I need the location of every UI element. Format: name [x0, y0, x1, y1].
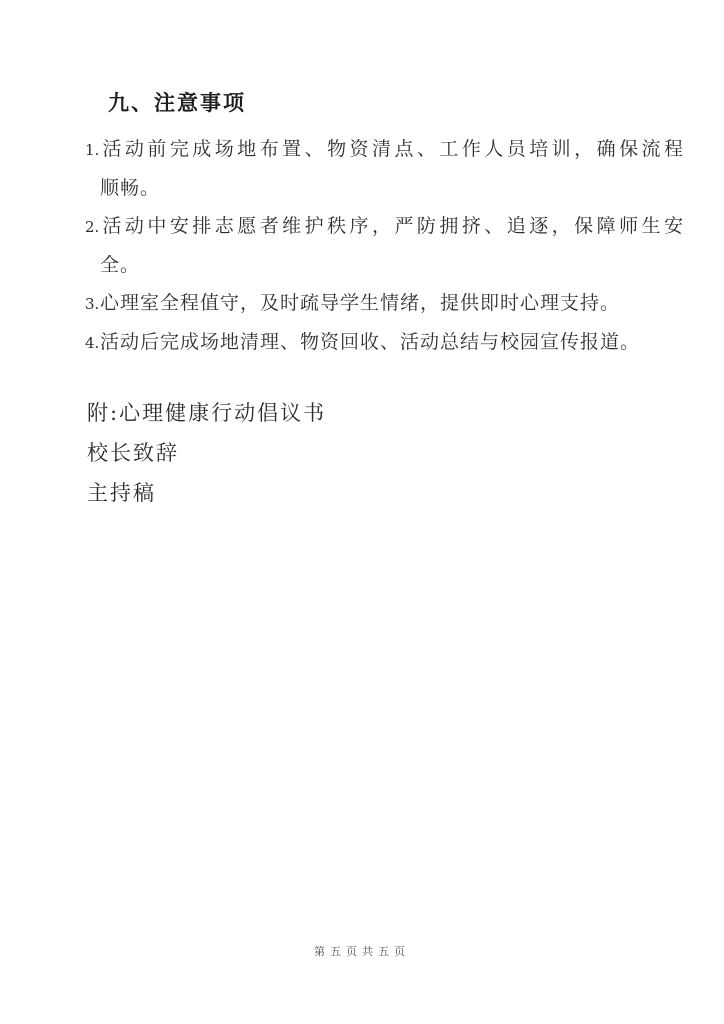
item-text: 心理室全程值守，及时疏导学生情绪，提供即时心理支持。	[100, 292, 620, 314]
attachment-line: 校长致辞	[87, 433, 684, 473]
list-item: 4.活动后完成场地清理、物资回收、活动总结与校园宣传报道。	[85, 323, 684, 362]
document-page: 九、注意事项 1.活动前完成场地布置、物资清点、工作人员培训，确保流程 顺畅。 …	[0, 0, 724, 1024]
list-item: 3.心理室全程值守，及时疏导学生情绪，提供即时心理支持。	[85, 284, 684, 323]
item-number: 3.	[85, 285, 100, 323]
page-number-footer: 第五页共五页	[0, 945, 724, 959]
item-line: 3.心理室全程值守，及时疏导学生情绪，提供即时心理支持。	[85, 284, 684, 323]
attachment-block: 附:心理健康行动倡议书 校长致辞 主持稿	[87, 393, 684, 513]
attachment-line: 附:心理健康行动倡议书	[87, 393, 684, 433]
item-line-continuation: 全。	[85, 246, 684, 284]
section-heading: 九、注意事项	[108, 0, 684, 118]
attachment-line: 主持稿	[87, 473, 684, 513]
item-text: 活动中安排志愿者维护秩序，严防拥挤、追逐，保障师生安	[100, 215, 684, 237]
list-item: 2.活动中安排志愿者维护秩序，严防拥挤、追逐，保障师生安 全。	[85, 207, 684, 284]
item-line: 2.活动中安排志愿者维护秩序，严防拥挤、追逐，保障师生安	[85, 207, 684, 246]
notes-list: 1.活动前完成场地布置、物资清点、工作人员培训，确保流程 顺畅。 2.活动中安排…	[85, 130, 684, 362]
item-text: 活动后完成场地清理、物资回收、活动总结与校园宣传报道。	[100, 331, 640, 353]
item-number: 2.	[85, 208, 100, 246]
item-text: 活动前完成场地布置、物资清点、工作人员培训，确保流程	[100, 138, 684, 160]
item-number: 4.	[85, 324, 100, 362]
list-item: 1.活动前完成场地布置、物资清点、工作人员培训，确保流程 顺畅。	[85, 130, 684, 207]
item-line: 1.活动前完成场地布置、物资清点、工作人员培训，确保流程	[85, 130, 684, 169]
item-line-continuation: 顺畅。	[85, 169, 684, 207]
item-number: 1.	[85, 131, 100, 169]
item-line: 4.活动后完成场地清理、物资回收、活动总结与校园宣传报道。	[85, 323, 684, 362]
